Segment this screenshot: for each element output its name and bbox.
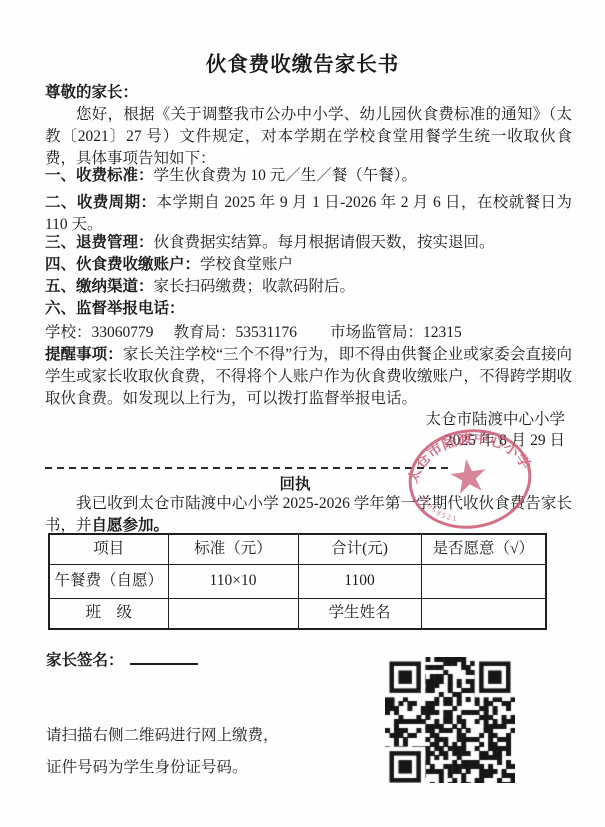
- salutation: 尊敬的家长：: [45, 82, 572, 104]
- hotline-school-label: 学校：: [45, 324, 92, 341]
- notice-document: 伙食费收缴告家长书 尊敬的家长： 您好，根据《关于调整我市公办中小学、幼儿园伙食…: [0, 0, 605, 827]
- payment-qr-code: [385, 657, 515, 783]
- item-payment-channel: 五、缴纳渠道：家长扫码缴费；收款码附后。: [45, 276, 572, 298]
- reminder-label: 提醒事项：: [45, 346, 123, 363]
- receipt-statement: 我已收到太仓市陆渡中心小学 2025-2026 学年第一学期代收伙食费告家长书，…: [45, 493, 572, 537]
- item-text: 家长扫码缴费；收款码附后。: [154, 278, 356, 295]
- hotline-market-label: 市场监管局：: [330, 324, 423, 341]
- hotline-edu-label: 教育局：: [174, 324, 236, 341]
- hotline-edu-number: 53531176: [236, 324, 297, 341]
- table-row: 午餐费（自愿） 110×10 1100: [49, 564, 546, 598]
- reminder-paragraph: 提醒事项：家长关注学校“三个不得”行为，即不得由供餐企业或家委会直接向学生或家长…: [45, 344, 572, 411]
- header-willing: 是否愿意（√）: [421, 534, 546, 564]
- item-label: 二、收费周期：: [45, 194, 156, 211]
- table-row: 班 级 学生姓名: [49, 598, 546, 629]
- signature-blank-line: [130, 663, 198, 665]
- cut-line-separator: [45, 467, 449, 469]
- item-hotline-heading: 六、监督举报电话：: [45, 298, 572, 320]
- header-total: 合计(元): [298, 534, 421, 564]
- item-label: 一、收费标准：: [45, 167, 154, 184]
- hotline-school-number: 33060779: [92, 324, 154, 341]
- cell-class-label: 班 级: [49, 598, 168, 629]
- item-text: 伙食费据实结算。每月根据请假天数，按实退回。: [154, 234, 495, 251]
- header-item: 项目: [49, 534, 168, 564]
- cell-class-blank: [168, 598, 298, 629]
- item-label: 六、监督举报电话：: [45, 300, 185, 317]
- cell-willing-blank: [421, 564, 546, 598]
- page-title: 伙食费收缴告家长书: [0, 52, 605, 78]
- scan-instruction-line2: 证件号码为学生身份证号码。: [46, 752, 376, 784]
- item-fee-period: 二、收费周期：本学期自 2025 年 9 月 1 日-2026 年 2 月 6 …: [45, 192, 572, 236]
- signature-label: 家长签名：: [46, 652, 124, 669]
- header-standard: 标准（元）: [168, 534, 298, 564]
- cell-standard-value: 110×10: [168, 564, 298, 598]
- intro-paragraph: 您好，根据《关于调整我市公办中小学、幼儿园伙食费标准的通知》（太教〔2021〕2…: [45, 104, 572, 171]
- cell-student-name-blank: [421, 598, 546, 629]
- fee-table: 项目 标准（元） 合计(元) 是否愿意（√） 午餐费（自愿） 110×10 11…: [48, 533, 547, 630]
- cell-student-name-label: 学生姓名: [298, 598, 421, 629]
- issuer-date: 2025 年 8 月 29 日: [45, 430, 579, 452]
- receipt-statement-bold: 自愿参加。: [92, 517, 170, 534]
- item-text: 学校食堂账户: [200, 256, 293, 273]
- item-fee-standard: 一、收费标准：学生伙食费为 10 元／生／餐（午餐）。: [45, 165, 572, 187]
- item-text: 学生伙食费为 10 元／生／餐（午餐）。: [154, 167, 418, 184]
- item-refund-policy: 三、退费管理：伙食费据实结算。每月根据请假天数，按实退回。: [45, 232, 572, 254]
- issuer-school: 太仓市陆渡中心小学: [45, 409, 573, 431]
- item-collection-account: 四、伙食费收缴账户：学校食堂账户: [45, 254, 572, 276]
- item-label: 三、退费管理：: [45, 234, 154, 251]
- cell-total-value: 1100: [298, 564, 421, 598]
- item-label: 五、缴纳渠道：: [45, 278, 154, 295]
- fee-table-header-row: 项目 标准（元） 合计(元) 是否愿意（√）: [49, 534, 546, 564]
- reminder-text: 家长关注学校“三个不得”行为，即不得由供餐企业或家委会直接向学生或家长收取伙食费…: [45, 346, 572, 407]
- scan-instructions: 请扫描右侧二维码进行网上缴费， 证件号码为学生身份证号码。: [46, 720, 376, 784]
- hotline-numbers: 学校：33060779教育局：53531176市场监管局：12315: [45, 322, 572, 344]
- hotline-market-number: 12315: [423, 324, 462, 341]
- scan-instruction-line1: 请扫描右侧二维码进行网上缴费，: [46, 720, 376, 752]
- item-label: 四、伙食费收缴账户：: [45, 256, 200, 273]
- parent-signature: 家长签名：: [46, 650, 198, 672]
- cell-lunch-fee: 午餐费（自愿）: [49, 564, 168, 598]
